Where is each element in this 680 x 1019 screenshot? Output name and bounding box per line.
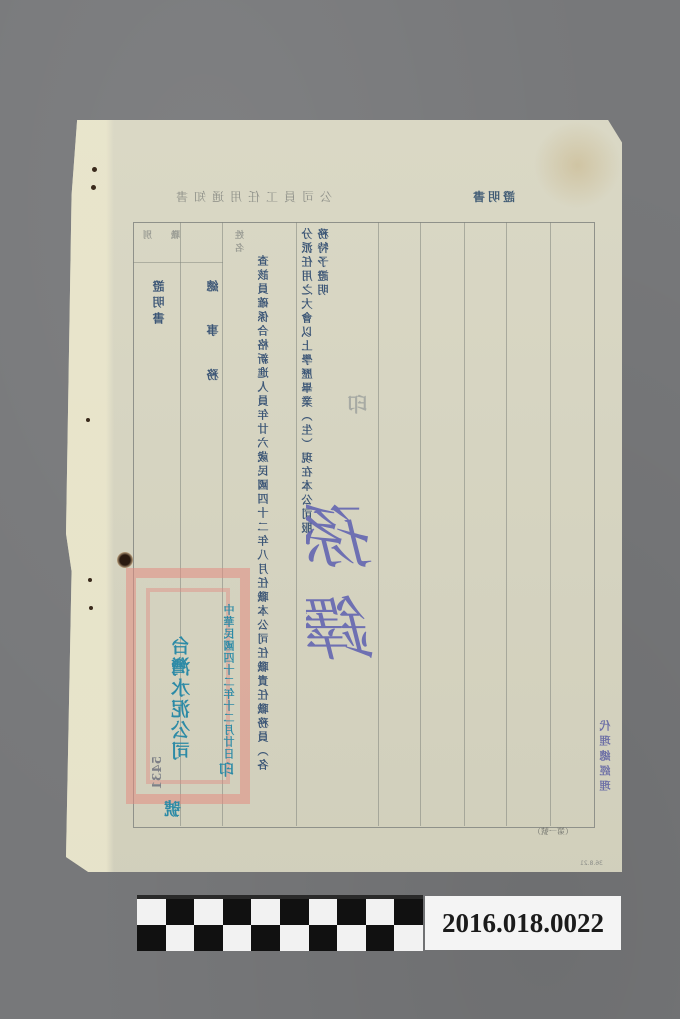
table-divider [464, 222, 465, 826]
right-margin-note: 代理總經理 [598, 720, 614, 795]
serial-char: 號 [162, 800, 187, 821]
table-divider [296, 222, 297, 826]
form-footer: （第一號） [533, 826, 573, 837]
hole-dot [88, 578, 92, 582]
handwritten-signature: 孫 鐸 [312, 500, 382, 662]
accession-number-label: 2016.018.0022 [425, 896, 621, 950]
color-scale-bar [137, 895, 423, 951]
scale-bar-cell [280, 925, 309, 951]
table-divider [550, 222, 551, 826]
scale-bar-cell [194, 925, 223, 951]
column-label-name: 姓名 [234, 230, 247, 256]
scale-bar-cell [166, 899, 195, 925]
table-divider [506, 222, 507, 826]
stamp-number: 5431 [150, 756, 164, 789]
scale-bar-cell [309, 925, 338, 951]
print-code: 36.8.21 [580, 860, 603, 867]
scale-bar-cell [137, 925, 166, 951]
scale-bar-cell [223, 925, 252, 951]
stain-spot [117, 552, 133, 568]
scale-bar-cell [223, 899, 252, 925]
seal-char: 印 [216, 762, 237, 781]
scale-bar-cell [251, 899, 280, 925]
scale-bar-cell [337, 899, 366, 925]
scale-bar-cell [394, 899, 423, 925]
date-line: 中華民國四十二年十二月廿日 [222, 604, 238, 760]
column-value-dept: 總 事 務 [204, 280, 221, 394]
hole-dot [89, 606, 93, 610]
scale-bar-cell [337, 925, 366, 951]
scale-bar-cell [309, 899, 338, 925]
hole-dot [91, 185, 96, 190]
stamp-company-name: 台灣水泥公司 [168, 636, 195, 762]
scale-bar-cell [137, 899, 166, 925]
table-divider [420, 222, 421, 826]
scale-bar-cell [366, 899, 395, 925]
faint-seal: 印 [344, 394, 373, 418]
header-mark: 證明書 [470, 188, 515, 205]
scale-bar-cell [251, 925, 280, 951]
scale-bar-cell [394, 925, 423, 951]
column-label-type: 別 [142, 230, 155, 243]
column-value-cert: 證明書 [150, 280, 167, 328]
scale-bar-cell [166, 925, 195, 951]
hole-dot [92, 167, 97, 172]
column-label-post: 職 [170, 230, 183, 243]
scale-bar-cell [366, 925, 395, 951]
table-row-line [133, 262, 223, 263]
scale-bar-cell [280, 899, 309, 925]
scale-bar-cell [194, 899, 223, 925]
header-title-mirrored: 公司員工任用通知書 [170, 188, 332, 205]
body-text-column-2: 查該員確係合格新進人員年廿六歲民國四十二年八月任職本公司任職責任職務員（各 [256, 255, 272, 815]
hole-dot [86, 418, 90, 422]
accession-number: 2016.018.0022 [442, 908, 604, 939]
